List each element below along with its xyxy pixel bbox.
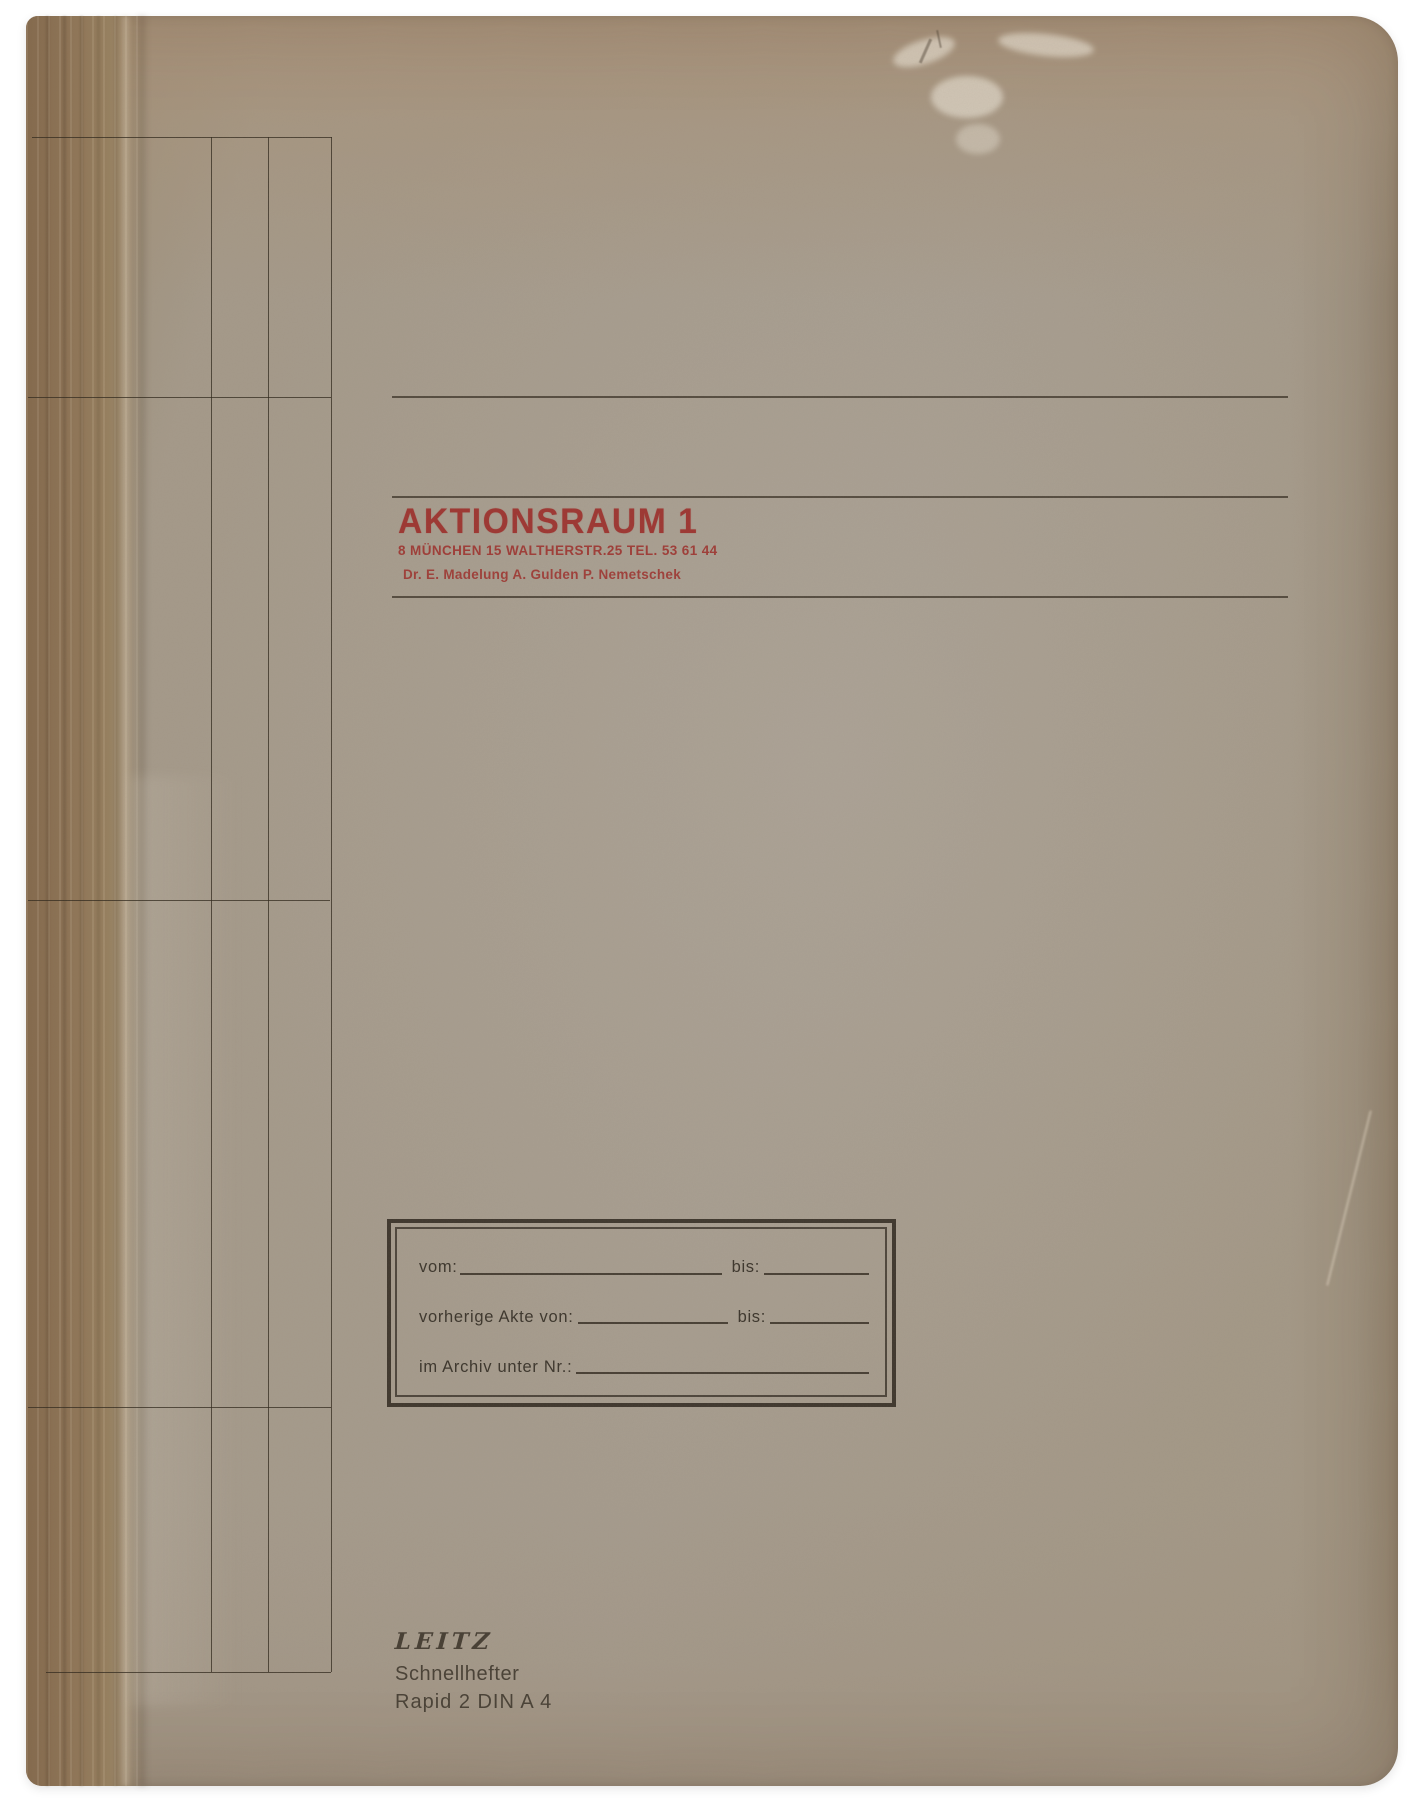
stamp-address: 8 MÜNCHEN 15 WALTHERSTR.25 TEL. 53 61 44 bbox=[398, 543, 718, 558]
brand-block: LEITZ Schnellhefter Rapid 2 DIN A 4 bbox=[395, 1628, 552, 1714]
scuff-mark bbox=[997, 29, 1095, 61]
label-grid-hline bbox=[28, 1407, 331, 1408]
form-row-archiv-nr: im Archiv unter Nr.: bbox=[419, 1359, 869, 1376]
form-row-vom: vom: bis: bbox=[419, 1259, 869, 1276]
folder-cover: AKTIONSRAUM 1 8 MÜNCHEN 15 WALTHERSTR.25… bbox=[26, 16, 1398, 1786]
label-grid-vline bbox=[268, 137, 269, 1672]
label-grid-hline bbox=[32, 137, 332, 138]
stamp-block: AKTIONSRAUM 1 8 MÜNCHEN 15 WALTHERSTR.25… bbox=[398, 503, 718, 582]
archive-form-box: vom: bis: vorherige Akte von: bis: im Ar… bbox=[387, 1219, 896, 1407]
spine-crease bbox=[80, 16, 83, 1786]
scuff-mark bbox=[956, 124, 1000, 154]
stamp-title: AKTIONSRAUM 1 bbox=[398, 503, 724, 539]
spine-crease bbox=[63, 16, 66, 1786]
ruled-line-top bbox=[392, 396, 1288, 398]
scuff-mark bbox=[931, 76, 1003, 118]
spine-crease bbox=[46, 16, 49, 1786]
label-grid-hline bbox=[28, 900, 330, 901]
spine-crease bbox=[97, 16, 100, 1786]
label-grid-vline bbox=[211, 137, 212, 1672]
form-field-vom bbox=[460, 1271, 722, 1275]
product-name: Schnellhefter bbox=[395, 1663, 552, 1686]
worn-patch bbox=[130, 776, 240, 1706]
spine-crease bbox=[114, 16, 117, 1786]
form-label-archiv-nr: im Archiv unter Nr.: bbox=[419, 1359, 572, 1376]
photo-background: AKTIONSRAUM 1 8 MÜNCHEN 15 WALTHERSTR.25… bbox=[0, 0, 1410, 1800]
leitz-logo: LEITZ bbox=[394, 1628, 553, 1655]
right-edge-crease bbox=[1326, 1110, 1371, 1285]
form-field-bis-2 bbox=[770, 1320, 869, 1324]
label-grid-hline bbox=[46, 1672, 331, 1673]
archive-form-inner-border: vom: bis: vorherige Akte von: bis: im Ar… bbox=[395, 1227, 887, 1397]
spine-ridge-highlight bbox=[122, 16, 129, 1786]
form-label-bis-2: bis: bbox=[738, 1309, 766, 1326]
form-label-vorherige-akte: vorherige Akte von: bbox=[419, 1309, 574, 1326]
label-grid-hline bbox=[28, 397, 331, 398]
model-name: Rapid 2 DIN A 4 bbox=[395, 1691, 552, 1714]
form-label-vom: vom: bbox=[419, 1259, 458, 1276]
form-field-vorherige-akte bbox=[578, 1320, 728, 1324]
form-label-bis-1: bis: bbox=[732, 1259, 760, 1276]
form-row-vorherige-akte: vorherige Akte von: bis: bbox=[419, 1309, 869, 1326]
form-field-archiv-nr bbox=[576, 1370, 869, 1374]
ruled-line-bottom bbox=[392, 596, 1288, 598]
label-grid-vline bbox=[331, 137, 332, 1672]
form-field-bis-1 bbox=[764, 1271, 869, 1275]
stamp-names: Dr. E. Madelung A. Gulden P. Nemetschek bbox=[403, 567, 718, 582]
ruled-line-middle bbox=[392, 496, 1288, 498]
